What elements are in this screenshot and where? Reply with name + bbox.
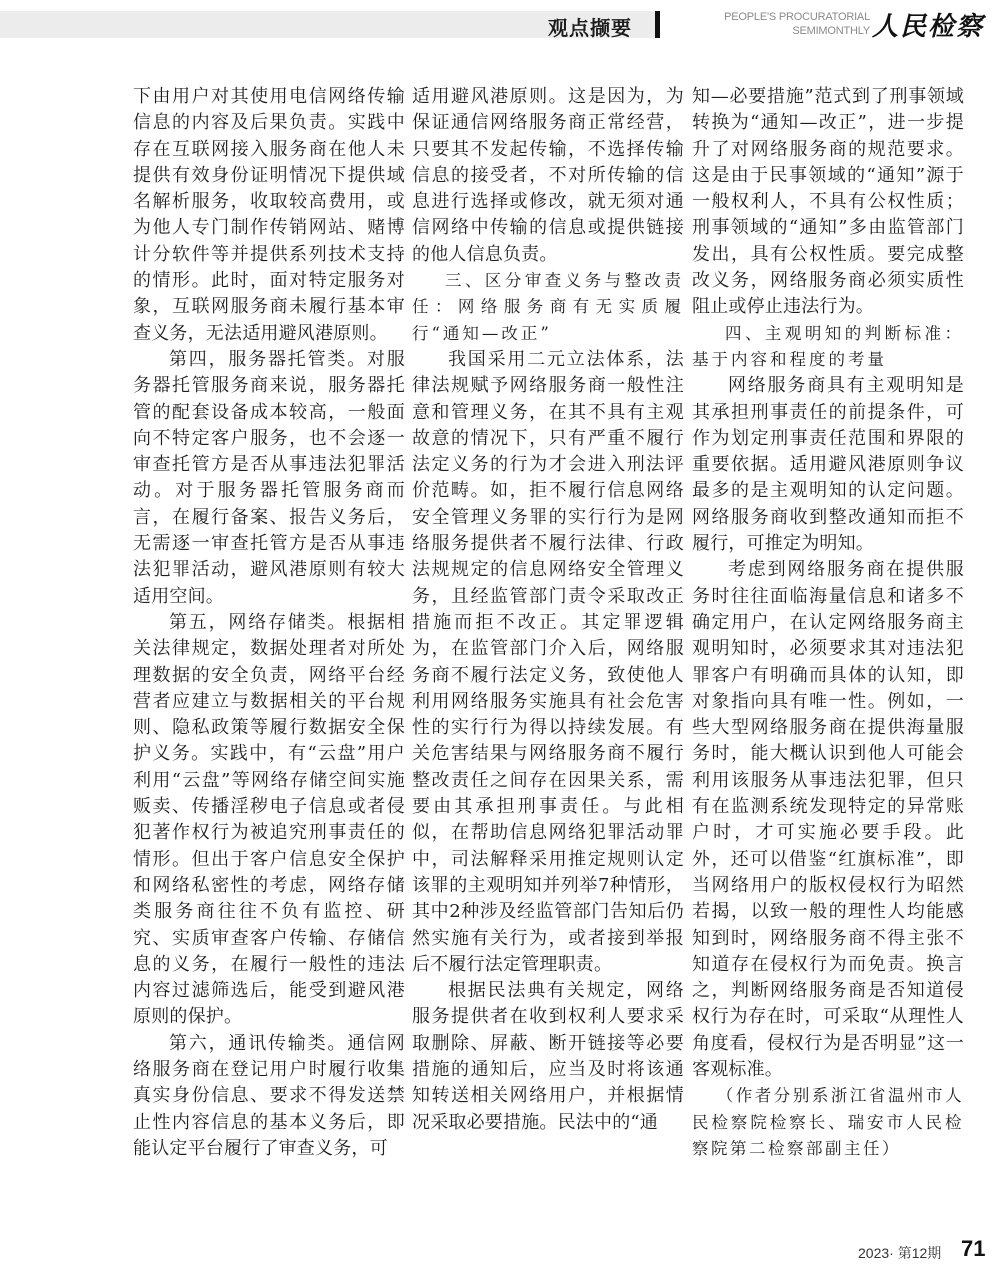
author-note: （作者分别系浙江省温州市人民检察院检察长、瑞安市人民检察院第二检察部副主任） xyxy=(692,1083,964,1162)
text-column-1: 下由用户对其使用电信网络传输信息的内容及后果负责。实践中存在互联网接入服务商在他… xyxy=(133,84,405,1162)
paragraph: 第六，通讯传输类。通信网络服务商在登记用户时履行收集真实身份信息、要求不得发送禁… xyxy=(133,1031,405,1162)
page-number: 71 xyxy=(961,1236,985,1262)
issue-label: 2023· 第12期 xyxy=(858,1243,941,1263)
paragraph: 根据民法典有关规定，网络服务提供者在收到权利人要求采取删除、屏蔽、断开链接等必要… xyxy=(412,978,684,1136)
paragraph: 考虑到网络服务商在提供服务时往往面临海量信息和诸多不确定用户，在认定网络服务商主… xyxy=(692,557,964,1083)
paragraph: 适用避风港原则。这是因为，为保证通信网络服务商正常经营，只要其不发起传输，不选择… xyxy=(412,84,684,268)
text-column-3: 知—必要措施”范式到了刑事领域转换为“通知—改正”，进一步提升了对网络服务商的规… xyxy=(692,84,964,1162)
paragraph: 下由用户对其使用电信网络传输信息的内容及后果负责。实践中存在互联网接入服务商在他… xyxy=(133,84,405,347)
magazine-english-line2: SEMIMONTHLY xyxy=(700,24,870,38)
paragraph: 第五，网络存储类。根据相关法律规定，数据处理者对所处理数据的安全负责，网络平台经… xyxy=(133,610,405,1031)
paragraph: 第四，服务器托管类。对服务器托管服务商来说，服务器托管的配套设备成本较高，一般面… xyxy=(133,347,405,610)
paragraph: 我国采用二元立法体系，法律法规赋予网络服务商一般性注意和管理义务，在其不具有主观… xyxy=(412,347,684,978)
magazine-english-title: PEOPLE'S PROCURATORIAL SEMIMONTHLY xyxy=(700,10,870,38)
section-heading: 三、区分审查义务与整改责任：网络服务商有无实质履行“通知—改正” xyxy=(412,268,684,347)
section-label: 观点撷要 xyxy=(548,12,632,41)
magazine-logo: 人民检察 xyxy=(872,6,984,43)
section-divider-bar xyxy=(655,11,660,38)
text-column-2: 适用避风港原则。这是因为，为保证通信网络服务商正常经营，只要其不发起传输，不选择… xyxy=(412,84,684,1136)
section-heading: 四、主观明知的判断标准：基于内容和程度的考量 xyxy=(692,321,964,374)
paragraph: 知—必要措施”范式到了刑事领域转换为“通知—改正”，进一步提升了对网络服务商的规… xyxy=(692,84,964,321)
magazine-english-line1: PEOPLE'S PROCURATORIAL xyxy=(700,10,870,24)
paragraph: 网络服务商具有主观明知是其承担刑事责任的前提条件，可作为划定刑事责任范围和界限的… xyxy=(692,373,964,557)
